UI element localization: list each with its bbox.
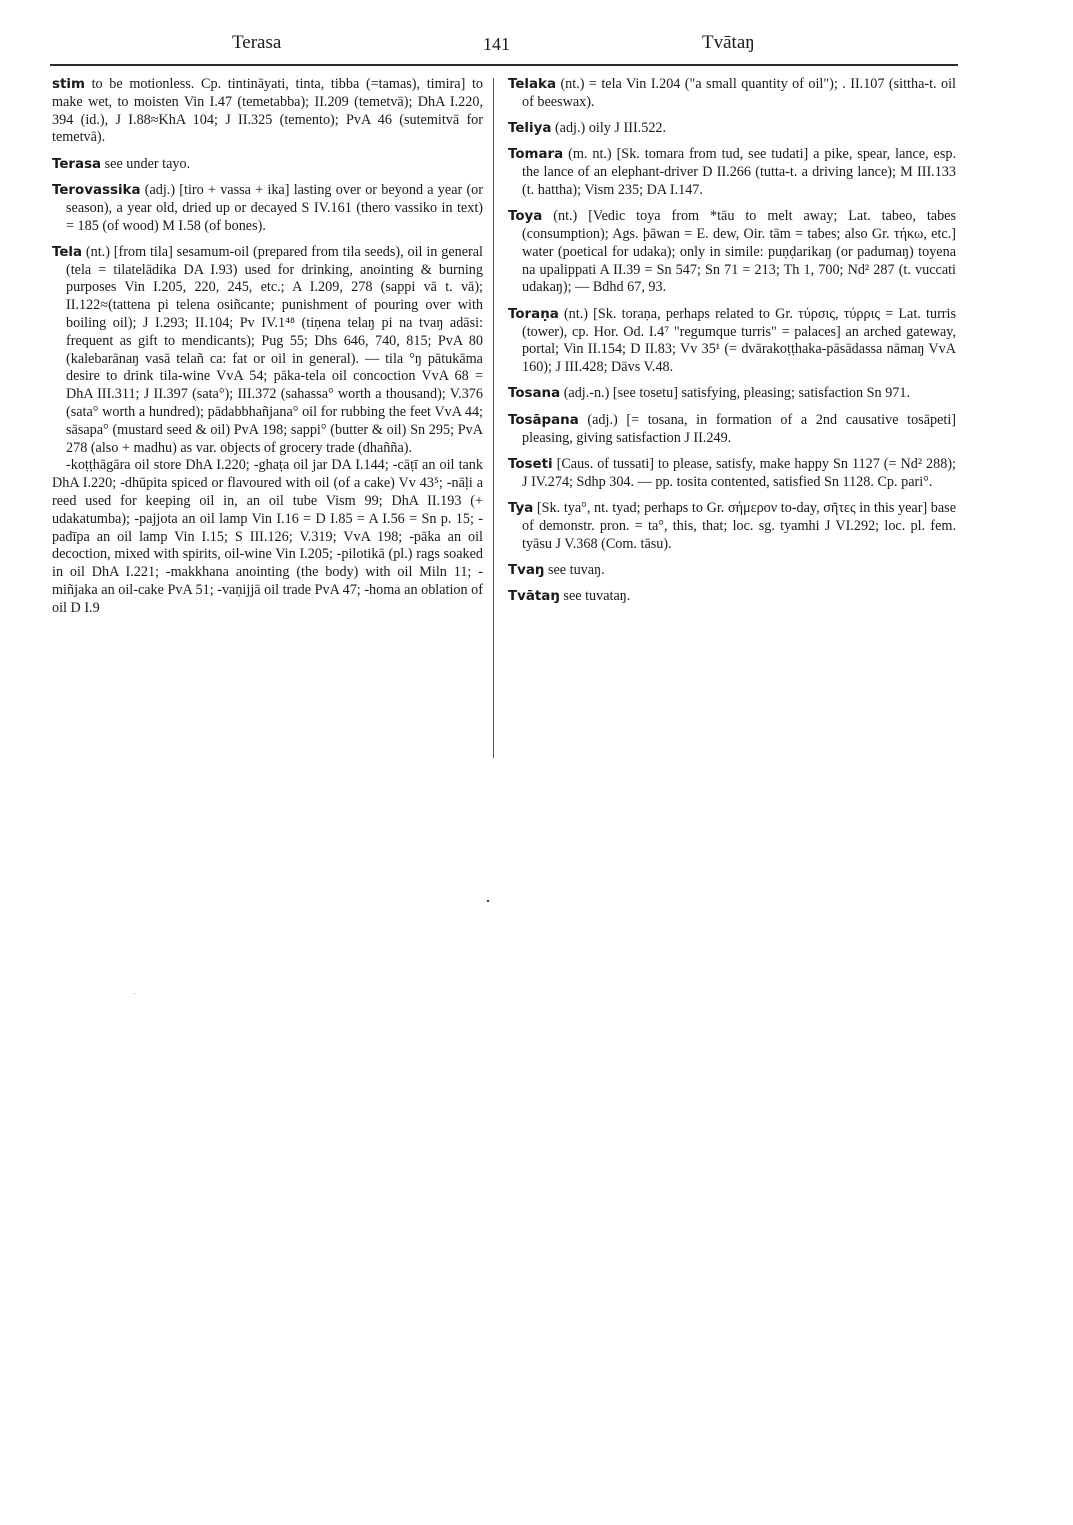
entry-text: (nt.) = tela Vin I.204 ("a small quantit… bbox=[522, 76, 956, 110]
entry-tomara: Tomara (m. nt.) [Sk. tomara from tud, se… bbox=[508, 146, 956, 199]
entry-toya: Toya (nt.) [Vedic toya from *tāu to melt… bbox=[508, 208, 956, 297]
headword: Toya bbox=[508, 209, 542, 224]
headword: Toseti bbox=[508, 457, 553, 472]
column-divider bbox=[493, 78, 494, 758]
entry-text: (adj.-n.) [see tosetu] satisfying, pleas… bbox=[560, 385, 910, 401]
headword: Toraṇa bbox=[508, 307, 559, 322]
entry-tela: Tela (nt.) [from tila] sesamum-oil (prep… bbox=[52, 244, 483, 458]
running-head-left: Terasa bbox=[232, 32, 281, 54]
entry-text: (nt.) [Vedic toya from *tāu to melt away… bbox=[522, 208, 956, 295]
entry-tela-compounds: -koṭṭhāgāra oil store DhA I.220; -ghaṭa … bbox=[52, 457, 483, 617]
entry-text: (nt.) [Sk. toraṇa, perhaps related to Gr… bbox=[522, 306, 956, 375]
entry-torana: Toraṇa (nt.) [Sk. toraṇa, perhaps relate… bbox=[508, 306, 956, 377]
entry-continuation: stim to be motionless. Cp. tintināyati, … bbox=[52, 76, 483, 147]
entry-text: see under tayo. bbox=[101, 156, 190, 172]
entry-text: see tuvaŋ. bbox=[544, 562, 604, 578]
entry-text: (adj.) [= tosana, in formation of a 2nd … bbox=[522, 412, 956, 446]
headword: Tomara bbox=[508, 147, 563, 162]
headword: Telaka bbox=[508, 77, 556, 92]
entry-text: (nt.) [from tila] sesamum-oil (prepared … bbox=[66, 244, 483, 456]
header-rule bbox=[50, 64, 958, 66]
entry-tvan: Tvaŋ see tuvaŋ. bbox=[508, 562, 956, 580]
entry-text: -koṭṭhāgāra oil store DhA I.220; -ghaṭa … bbox=[52, 457, 483, 615]
headword: Teliya bbox=[508, 121, 551, 136]
headword: Tosāpana bbox=[508, 413, 579, 428]
entry-text: (adj.) oily J III.522. bbox=[551, 120, 666, 136]
entry-text: (m. nt.) [Sk. tomara from tud, see tudat… bbox=[522, 146, 956, 198]
headword: Tela bbox=[52, 245, 82, 260]
headword: Tosana bbox=[508, 386, 560, 401]
entry-toseti: Toseti [Caus. of tussati] to please, sat… bbox=[508, 456, 956, 492]
headword: stim bbox=[52, 77, 85, 92]
entry-text: to be motionless. Cp. tintināyati, tinta… bbox=[52, 76, 483, 145]
left-column: stim to be motionless. Cp. tintināyati, … bbox=[52, 76, 483, 626]
scan-speck bbox=[134, 993, 135, 994]
entry-telaka: Telaka (nt.) = tela Vin I.204 ("a small … bbox=[508, 76, 956, 112]
headword: Terasa bbox=[52, 157, 101, 172]
headword: Terovassika bbox=[52, 183, 140, 198]
headword: Tya bbox=[508, 501, 533, 516]
scan-speck bbox=[487, 900, 489, 902]
entry-terasa: Terasa see under tayo. bbox=[52, 156, 483, 174]
page-number: 141 bbox=[483, 34, 510, 55]
entry-tya: Tya [Sk. tya°, nt. tyad; perhaps to Gr. … bbox=[508, 500, 956, 553]
right-column: Telaka (nt.) = tela Vin I.204 ("a small … bbox=[508, 76, 956, 614]
headword: Tvaŋ bbox=[508, 563, 544, 578]
headword: Tvātaŋ bbox=[508, 589, 560, 604]
entry-tosapana: Tosāpana (adj.) [= tosana, in formation … bbox=[508, 412, 956, 448]
entry-tvatan: Tvātaŋ see tuvataŋ. bbox=[508, 588, 956, 606]
running-head-right: Tvātaŋ bbox=[702, 32, 755, 54]
entry-terovassika: Terovassika (adj.) [tiro + vassa + ika] … bbox=[52, 182, 483, 235]
entry-tosana: Tosana (adj.-n.) [see tosetu] satisfying… bbox=[508, 385, 956, 403]
running-head: Terasa 141 Tvātaŋ bbox=[52, 32, 958, 58]
entry-text: [Caus. of tussati] to please, satisfy, m… bbox=[522, 456, 956, 490]
entry-teliya: Teliya (adj.) oily J III.522. bbox=[508, 120, 956, 138]
entry-text: see tuvataŋ. bbox=[560, 588, 630, 604]
entry-text: [Sk. tya°, nt. tyad; perhaps to Gr. σήμε… bbox=[522, 500, 956, 552]
